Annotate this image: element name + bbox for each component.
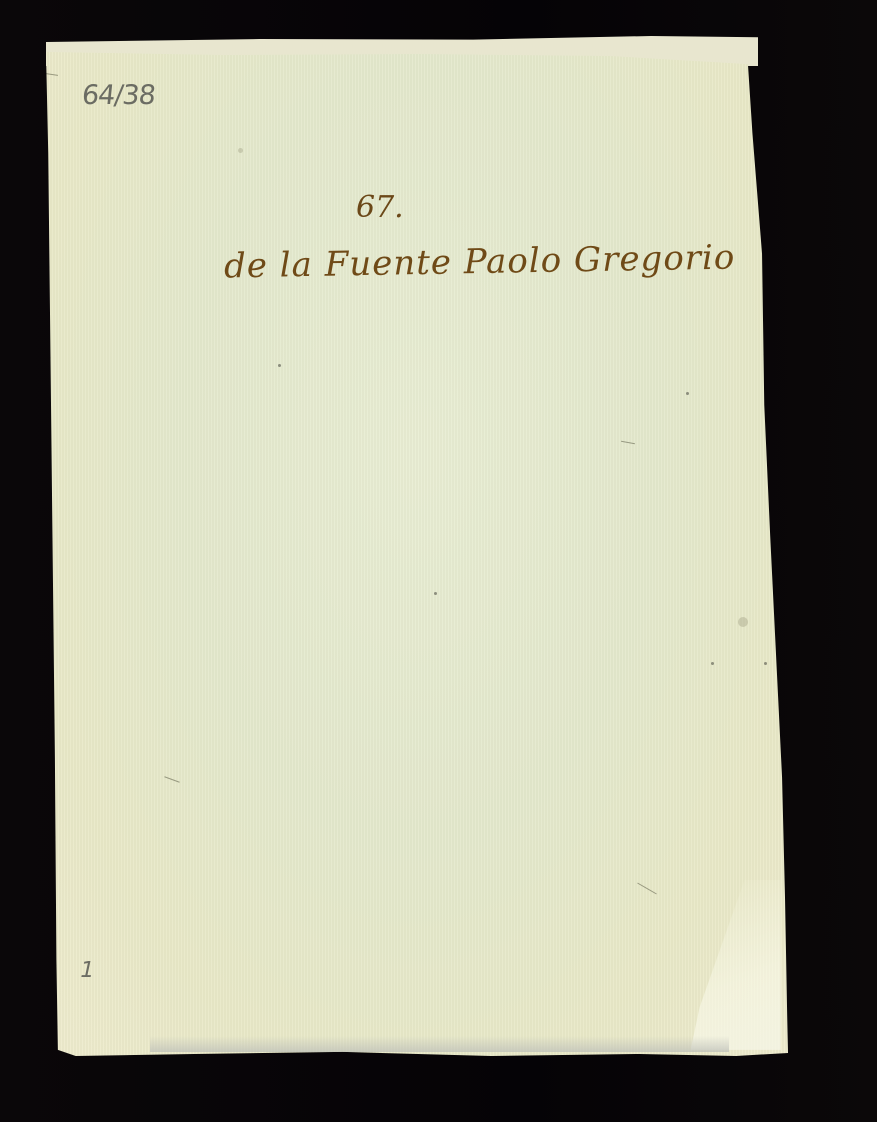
paper-page: 64/38 67. de la Fuente Paolo Gregorio 1 xyxy=(46,52,788,1060)
handwritten-name: de la Fuente Paolo Gregorio xyxy=(224,238,736,287)
paper-spot xyxy=(738,617,748,627)
paper-scratch xyxy=(164,776,179,782)
paper-scratch xyxy=(621,441,635,444)
paper-scratch xyxy=(46,73,58,76)
pencil-shelfmark: 64/38 xyxy=(80,80,156,111)
dust-speck xyxy=(686,392,689,395)
paper-spot xyxy=(238,148,243,153)
folded-corner xyxy=(691,880,781,1050)
pencil-page-index: 1 xyxy=(77,958,96,983)
dust-speck xyxy=(764,662,767,665)
dust-speck xyxy=(434,592,437,595)
bottom-edge-shadow xyxy=(150,1036,729,1052)
paper-scratch xyxy=(637,883,657,895)
folio-number: 67. xyxy=(356,190,404,225)
scanned-document: 64/38 67. de la Fuente Paolo Gregorio 1 xyxy=(0,0,877,1122)
dust-speck xyxy=(278,364,281,367)
dust-speck xyxy=(711,662,714,665)
